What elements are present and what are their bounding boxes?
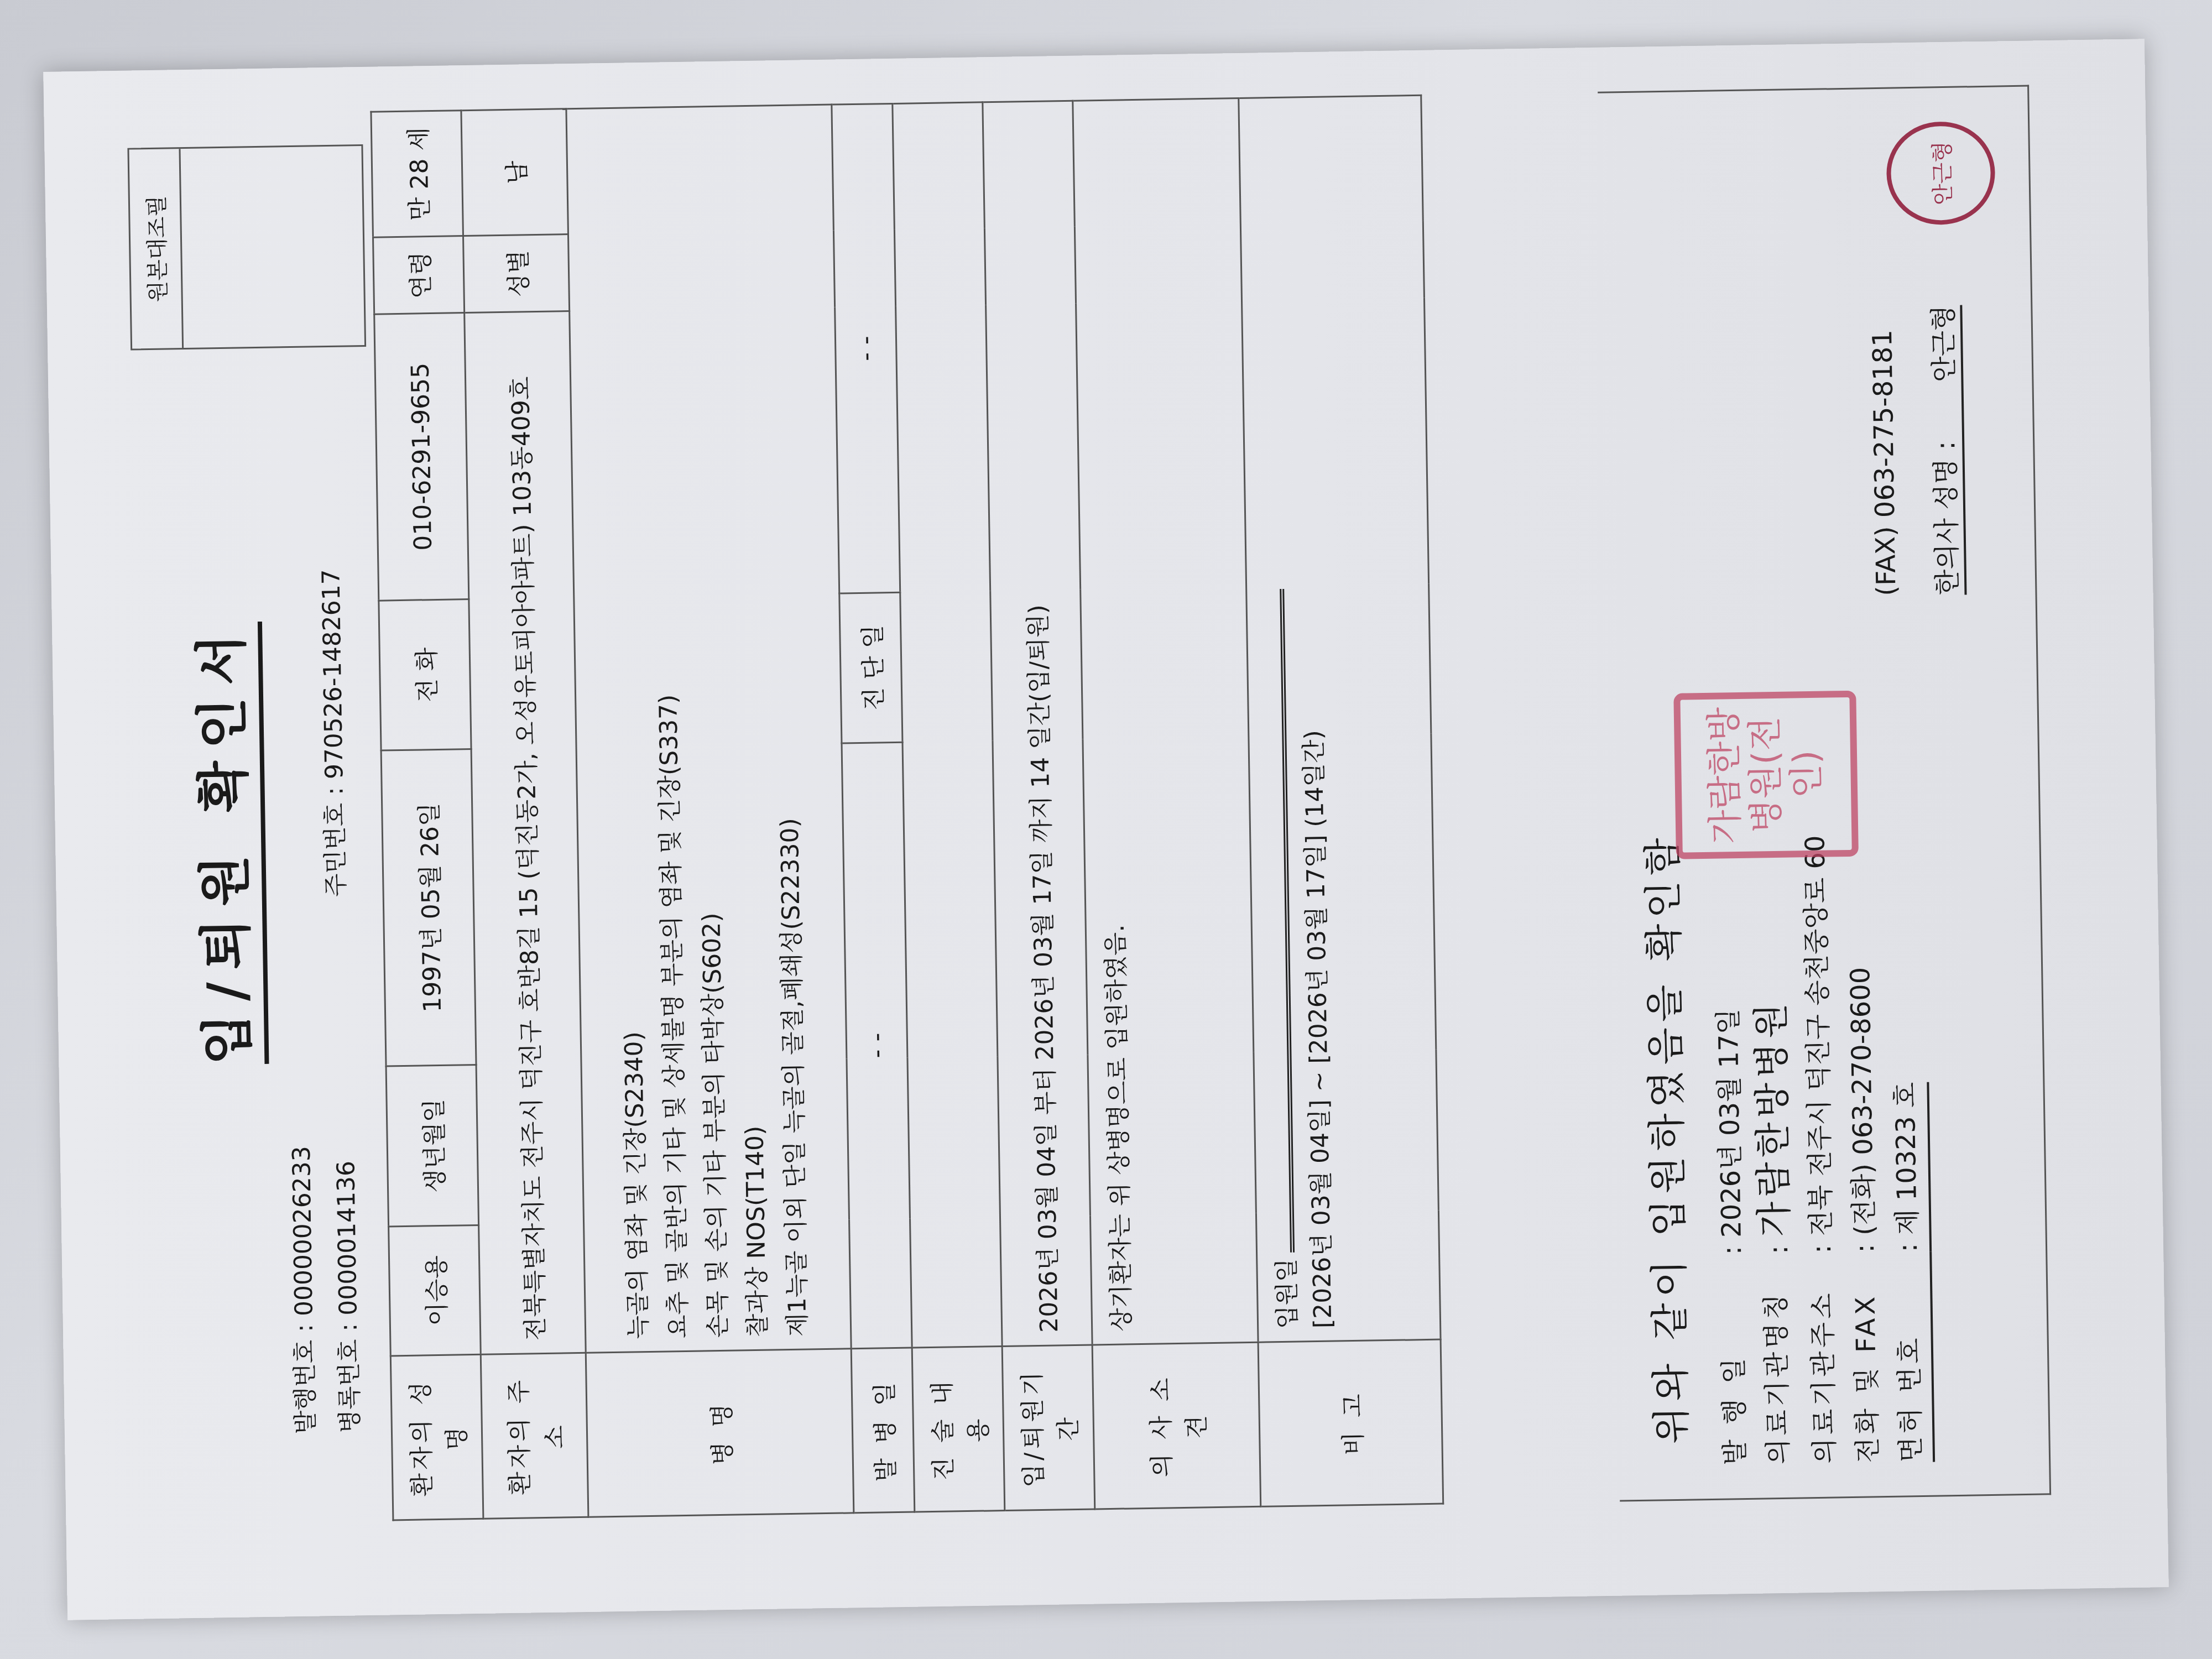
diagnosis-list: 늑골의 염좌 및 긴장(S2340) 요추 및 골반의 기타 및 상세불명 부분…	[566, 105, 851, 1353]
patient-address: 전북특별자치도 전주시 덕진구 호반8길 15 (덕진동2가, 오성유토피아아파…	[465, 311, 586, 1355]
institution-name: 가람한방병원	[1750, 999, 1796, 1238]
patient-age: 만 28 세	[371, 111, 463, 238]
issue-number: 발행번호 : 00000026233	[281, 1146, 321, 1434]
onset-date: - -	[842, 742, 912, 1349]
doctor-signature: 한의사 성명 : 안근형	[1922, 305, 1966, 596]
remarks: 입원일 [2026년 03월 04일] ~ [2026년 03월 17일] (1…	[1239, 95, 1441, 1342]
name-label: 환자의 성명	[390, 1354, 483, 1520]
patient-dob: 1997년 05월 26일	[381, 749, 476, 1066]
patient-phone: 010-6291-9655	[374, 313, 469, 601]
document-page: 입/퇴원 확인서 발행번호 : 00000026233 병록번호 : 00000…	[43, 39, 2169, 1620]
patient-name: 이승용	[389, 1225, 481, 1356]
patient-sex: 남	[461, 109, 568, 236]
fax-number: (FAX) 063-275-8181	[1867, 330, 1902, 596]
resident-number: 주민번호 : 970526-1482617	[311, 569, 351, 898]
hospital-seal: 가람한방병원(전인)	[1673, 691, 1859, 859]
diagnosis-date: - -	[832, 103, 900, 593]
doctor-opinion: 상기환자는 위 상병명으로 입원하였음.	[1073, 98, 1258, 1345]
record-number: 병록번호 : 0000014136	[326, 1160, 366, 1433]
original-verified-box: 원본대조필	[127, 144, 366, 351]
patient-form-table: 환자의 성명 이승용 생년월일 1997년 05월 26일 전 화 010-62…	[370, 95, 1444, 1521]
